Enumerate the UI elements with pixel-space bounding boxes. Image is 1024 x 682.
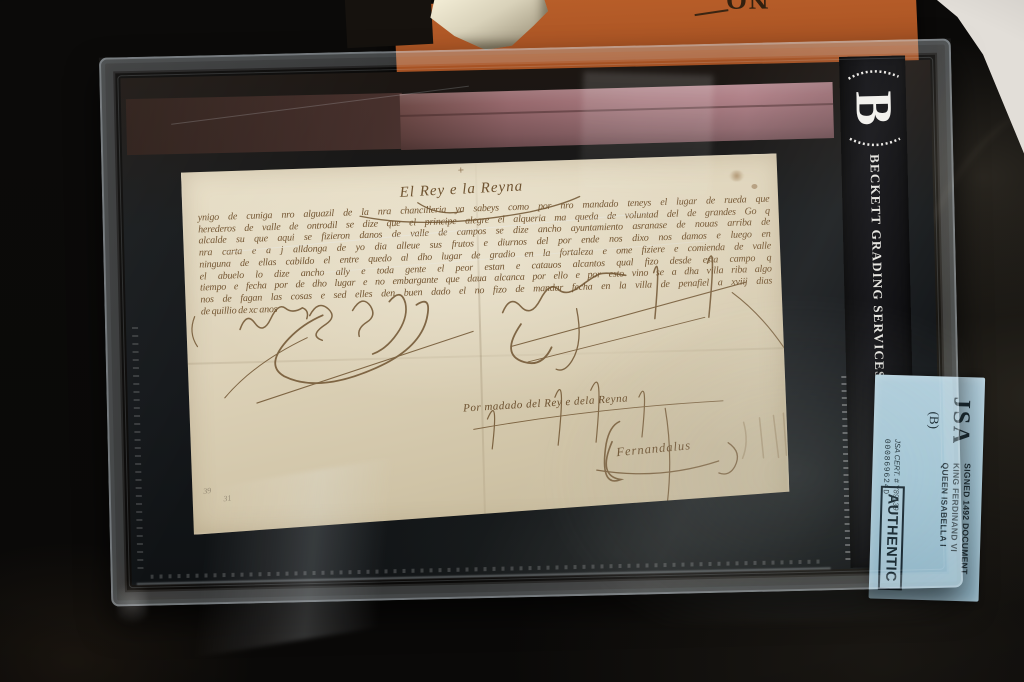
jsa-description: SIGNED 1492 DOCUMENTKING FERDINAND VIQUE…: [936, 462, 973, 595]
grading-slab: B BECKETT GRADING SERVICES + El Rey e la…: [99, 38, 963, 606]
jsa-status-badge: AUTHENTIC: [878, 485, 905, 590]
faint-ink-strokes: [741, 413, 786, 458]
handwriting-flourishes: [181, 153, 790, 535]
photo-scene: NO B BECKETT GRADING SERVICES + El Rey e…: [0, 0, 1024, 682]
dark-gap: [345, 0, 433, 48]
heading-flourish: [360, 197, 581, 225]
folder-partial-text: NO: [724, 0, 769, 15]
svg-text:B: B: [844, 90, 902, 126]
order-line-flourish: [473, 379, 725, 450]
royal-signature-left-flourish: [222, 293, 475, 404]
jsa-sticker: JSA (B) SIGNED 1492 DOCUMENTKING FERDINA…: [869, 374, 986, 601]
beckett-b-logo: B: [839, 61, 907, 154]
jsa-logo-mark: (B): [925, 388, 943, 452]
folder-shadow-band: [126, 93, 403, 155]
margin-mark: [192, 317, 198, 347]
manuscript: + El Rey e la Reyna ynigo de cuniga nro …: [181, 153, 790, 535]
jsa-logo: JSA: [946, 389, 975, 454]
royal-signature-right-flourish: [501, 254, 784, 371]
